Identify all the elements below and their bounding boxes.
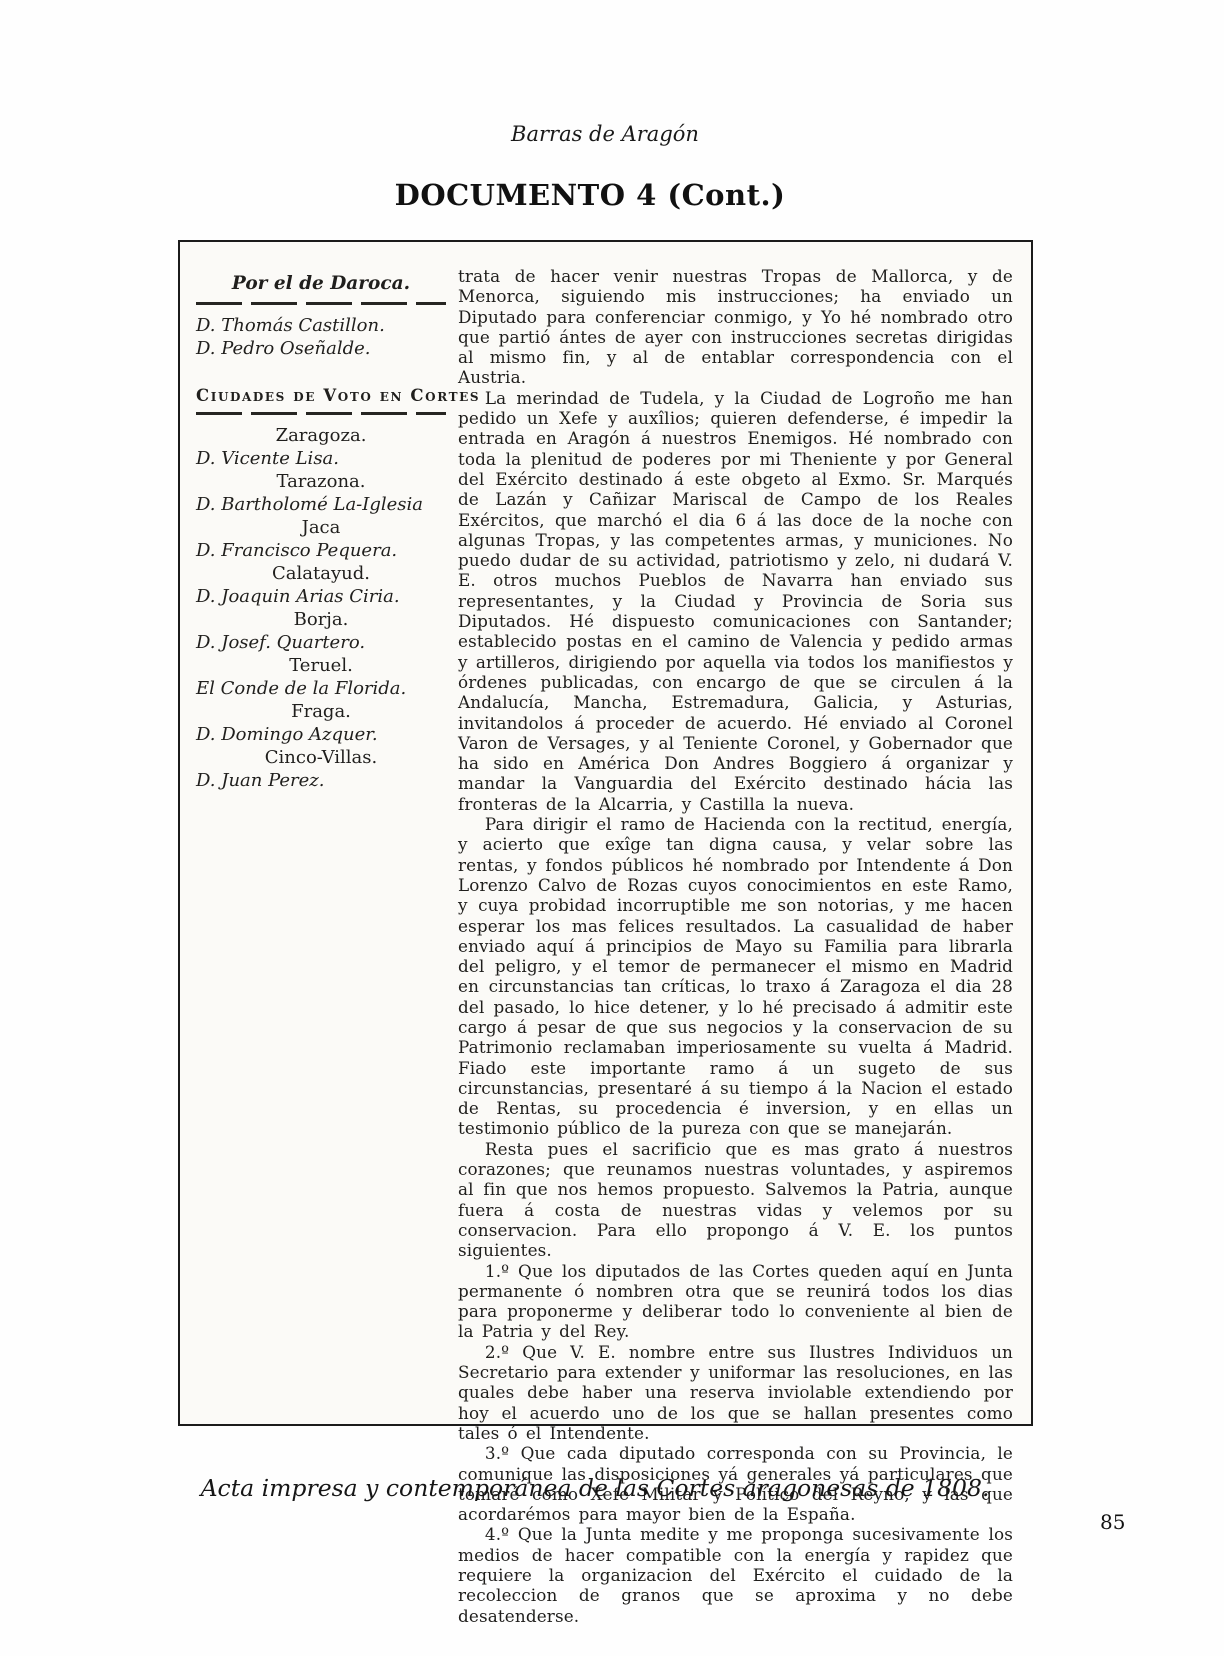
city-name: Fraga.: [196, 700, 446, 723]
document-title: DOCUMENTO 4 (Cont.): [0, 178, 1180, 212]
body-text-column: trata de hacer venir nuestras Tropas de …: [458, 266, 1013, 1408]
paragraph: 4.º Que la Junta medite y me proponga su…: [458, 1524, 1013, 1625]
paragraph: 1.º Que los diputados de las Cortes qued…: [458, 1261, 1013, 1342]
dashed-rule-bottom: [196, 412, 446, 415]
paragraph: 2.º Que V. E. nombre entre sus Ilustres …: [458, 1342, 1013, 1443]
facsimile-box: Por el de Daroca. D. Thomás Castillon.D.…: [178, 240, 1033, 1426]
voting-cities-list: Zaragoza.D. Vicente Lisa.Tarazona.D. Bar…: [196, 424, 446, 792]
body-paragraphs: trata de hacer venir nuestras Tropas de …: [458, 266, 1013, 1626]
paragraph: La merindad de Tudela, y la Ciudad de Lo…: [458, 388, 1013, 814]
deputy-name: D. Juan Perez.: [196, 769, 446, 792]
page-number: 85: [1100, 1510, 1125, 1534]
deputy-name: D. Pedro Oseñalde.: [196, 337, 446, 360]
city-name: Cinco-Villas.: [196, 746, 446, 769]
district-heading: Por el de Daroca.: [196, 266, 446, 295]
deputy-name: D. Vicente Lisa.: [196, 447, 446, 470]
paragraph: Para dirigir el ramo de Hacienda con la …: [458, 814, 1013, 1139]
deputy-name: D. Joaquin Arias Ciria.: [196, 585, 446, 608]
paragraph: trata de hacer venir nuestras Tropas de …: [458, 266, 1013, 388]
deputy-name: D. Francisco Pequera.: [196, 539, 446, 562]
deputy-name: El Conde de la Florida.: [196, 677, 446, 700]
section-heading: Ciudades de Voto en Cortes: [196, 384, 446, 407]
figure-caption: Acta impresa y contemporánea de las Cort…: [0, 1474, 1190, 1502]
running-title: Barras de Aragón: [0, 122, 1210, 146]
page: Barras de Aragón DOCUMENTO 4 (Cont.) Por…: [0, 0, 1224, 1656]
deputies-column: Por el de Daroca. D. Thomás Castillon.D.…: [196, 266, 446, 1408]
dashed-rule-top: [196, 302, 446, 305]
daroca-deputies-list: D. Thomás Castillon.D. Pedro Oseñalde.: [196, 314, 446, 360]
city-name: Calatayud.: [196, 562, 446, 585]
city-name: Teruel.: [196, 654, 446, 677]
deputy-name: D. Josef. Quartero.: [196, 631, 446, 654]
deputy-name: D. Thomás Castillon.: [196, 314, 446, 337]
city-name: Jaca: [196, 516, 446, 539]
city-name: Zaragoza.: [196, 424, 446, 447]
paragraph: Resta pues el sacrificio que es mas grat…: [458, 1139, 1013, 1261]
deputy-name: D. Domingo Azquer.: [196, 723, 446, 746]
city-name: Tarazona.: [196, 470, 446, 493]
deputy-name: D. Bartholomé La-Iglesia: [196, 493, 446, 516]
city-name: Borja.: [196, 608, 446, 631]
